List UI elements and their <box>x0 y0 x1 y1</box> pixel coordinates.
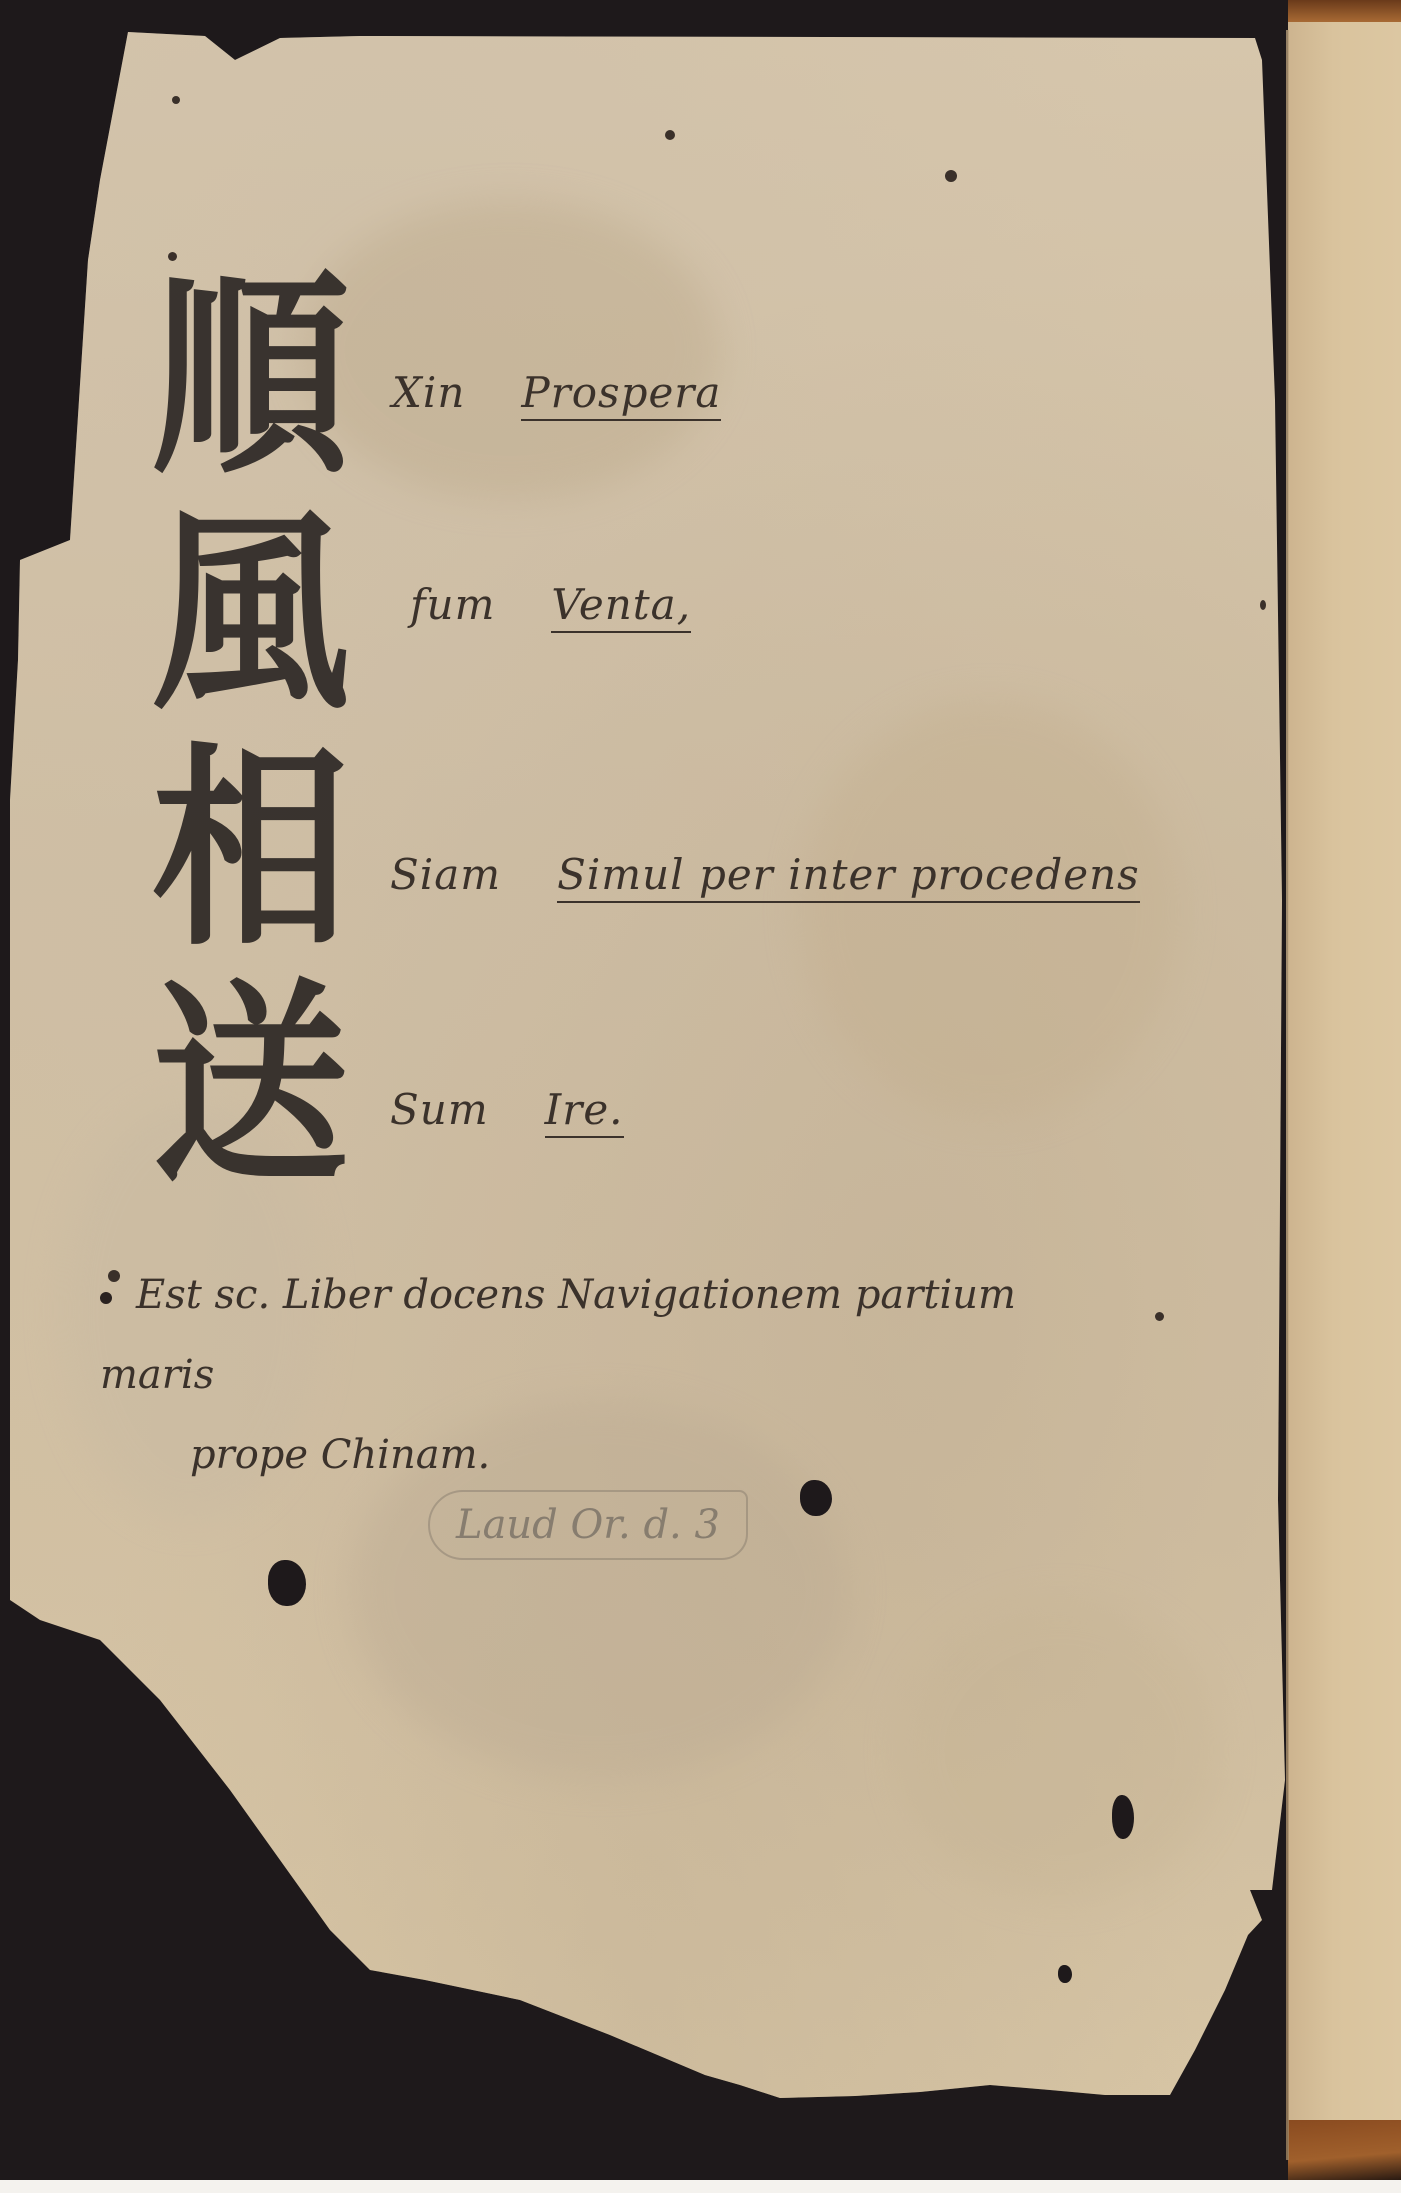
facing-page <box>1288 0 1401 2180</box>
gloss-meaning: Simul per inter procedens <box>557 850 1140 903</box>
stain <box>800 700 1180 1120</box>
gloss-romanization: Sum <box>390 1085 489 1134</box>
shelfmark: Laud Or. d. 3 <box>428 1490 748 1560</box>
speck <box>172 96 180 104</box>
page-edge <box>1286 30 1289 2160</box>
note-line-1: Est sc. Liber docens Navigationem partiu… <box>100 1255 1130 1415</box>
title-char-3: 相 <box>151 732 349 968</box>
gloss-meaning: Venta, <box>551 580 691 633</box>
gloss-line-3: SiamSimul per inter procedens <box>390 850 1140 899</box>
stain <box>900 1600 1220 1900</box>
binding-edge-top <box>1288 0 1401 22</box>
gloss-line-1: XinProspera <box>392 368 721 417</box>
speck <box>1155 1312 1164 1321</box>
worm-hole <box>1112 1795 1134 1839</box>
note-line-2: prope Chinam. <box>100 1415 1130 1495</box>
explanatory-note: Est sc. Liber docens Navigationem partiu… <box>100 1255 1130 1495</box>
speck <box>1260 600 1266 610</box>
gloss-romanization: Xin <box>392 368 465 417</box>
gloss-romanization: Siam <box>390 850 501 899</box>
gloss-meaning: Ire. <box>545 1085 624 1138</box>
gloss-line-2: fumVenta, <box>410 580 691 629</box>
title-char-1: 順 <box>151 260 349 496</box>
bottom-margin <box>0 2180 1401 2193</box>
worm-hole <box>268 1560 306 1606</box>
ink-dot <box>100 1292 112 1304</box>
worm-hole <box>1058 1965 1072 1983</box>
chinese-title: 順 風 相 送 <box>105 260 395 1204</box>
binding-edge-bottom <box>1288 2120 1401 2180</box>
gloss-romanization: fum <box>410 580 495 629</box>
gloss-meaning: Prospera <box>521 368 721 421</box>
gloss-line-4: SumIre. <box>390 1085 624 1134</box>
title-char-2: 風 <box>151 496 349 732</box>
speck <box>665 130 675 140</box>
title-char-4: 送 <box>151 968 349 1204</box>
speck <box>945 170 957 182</box>
